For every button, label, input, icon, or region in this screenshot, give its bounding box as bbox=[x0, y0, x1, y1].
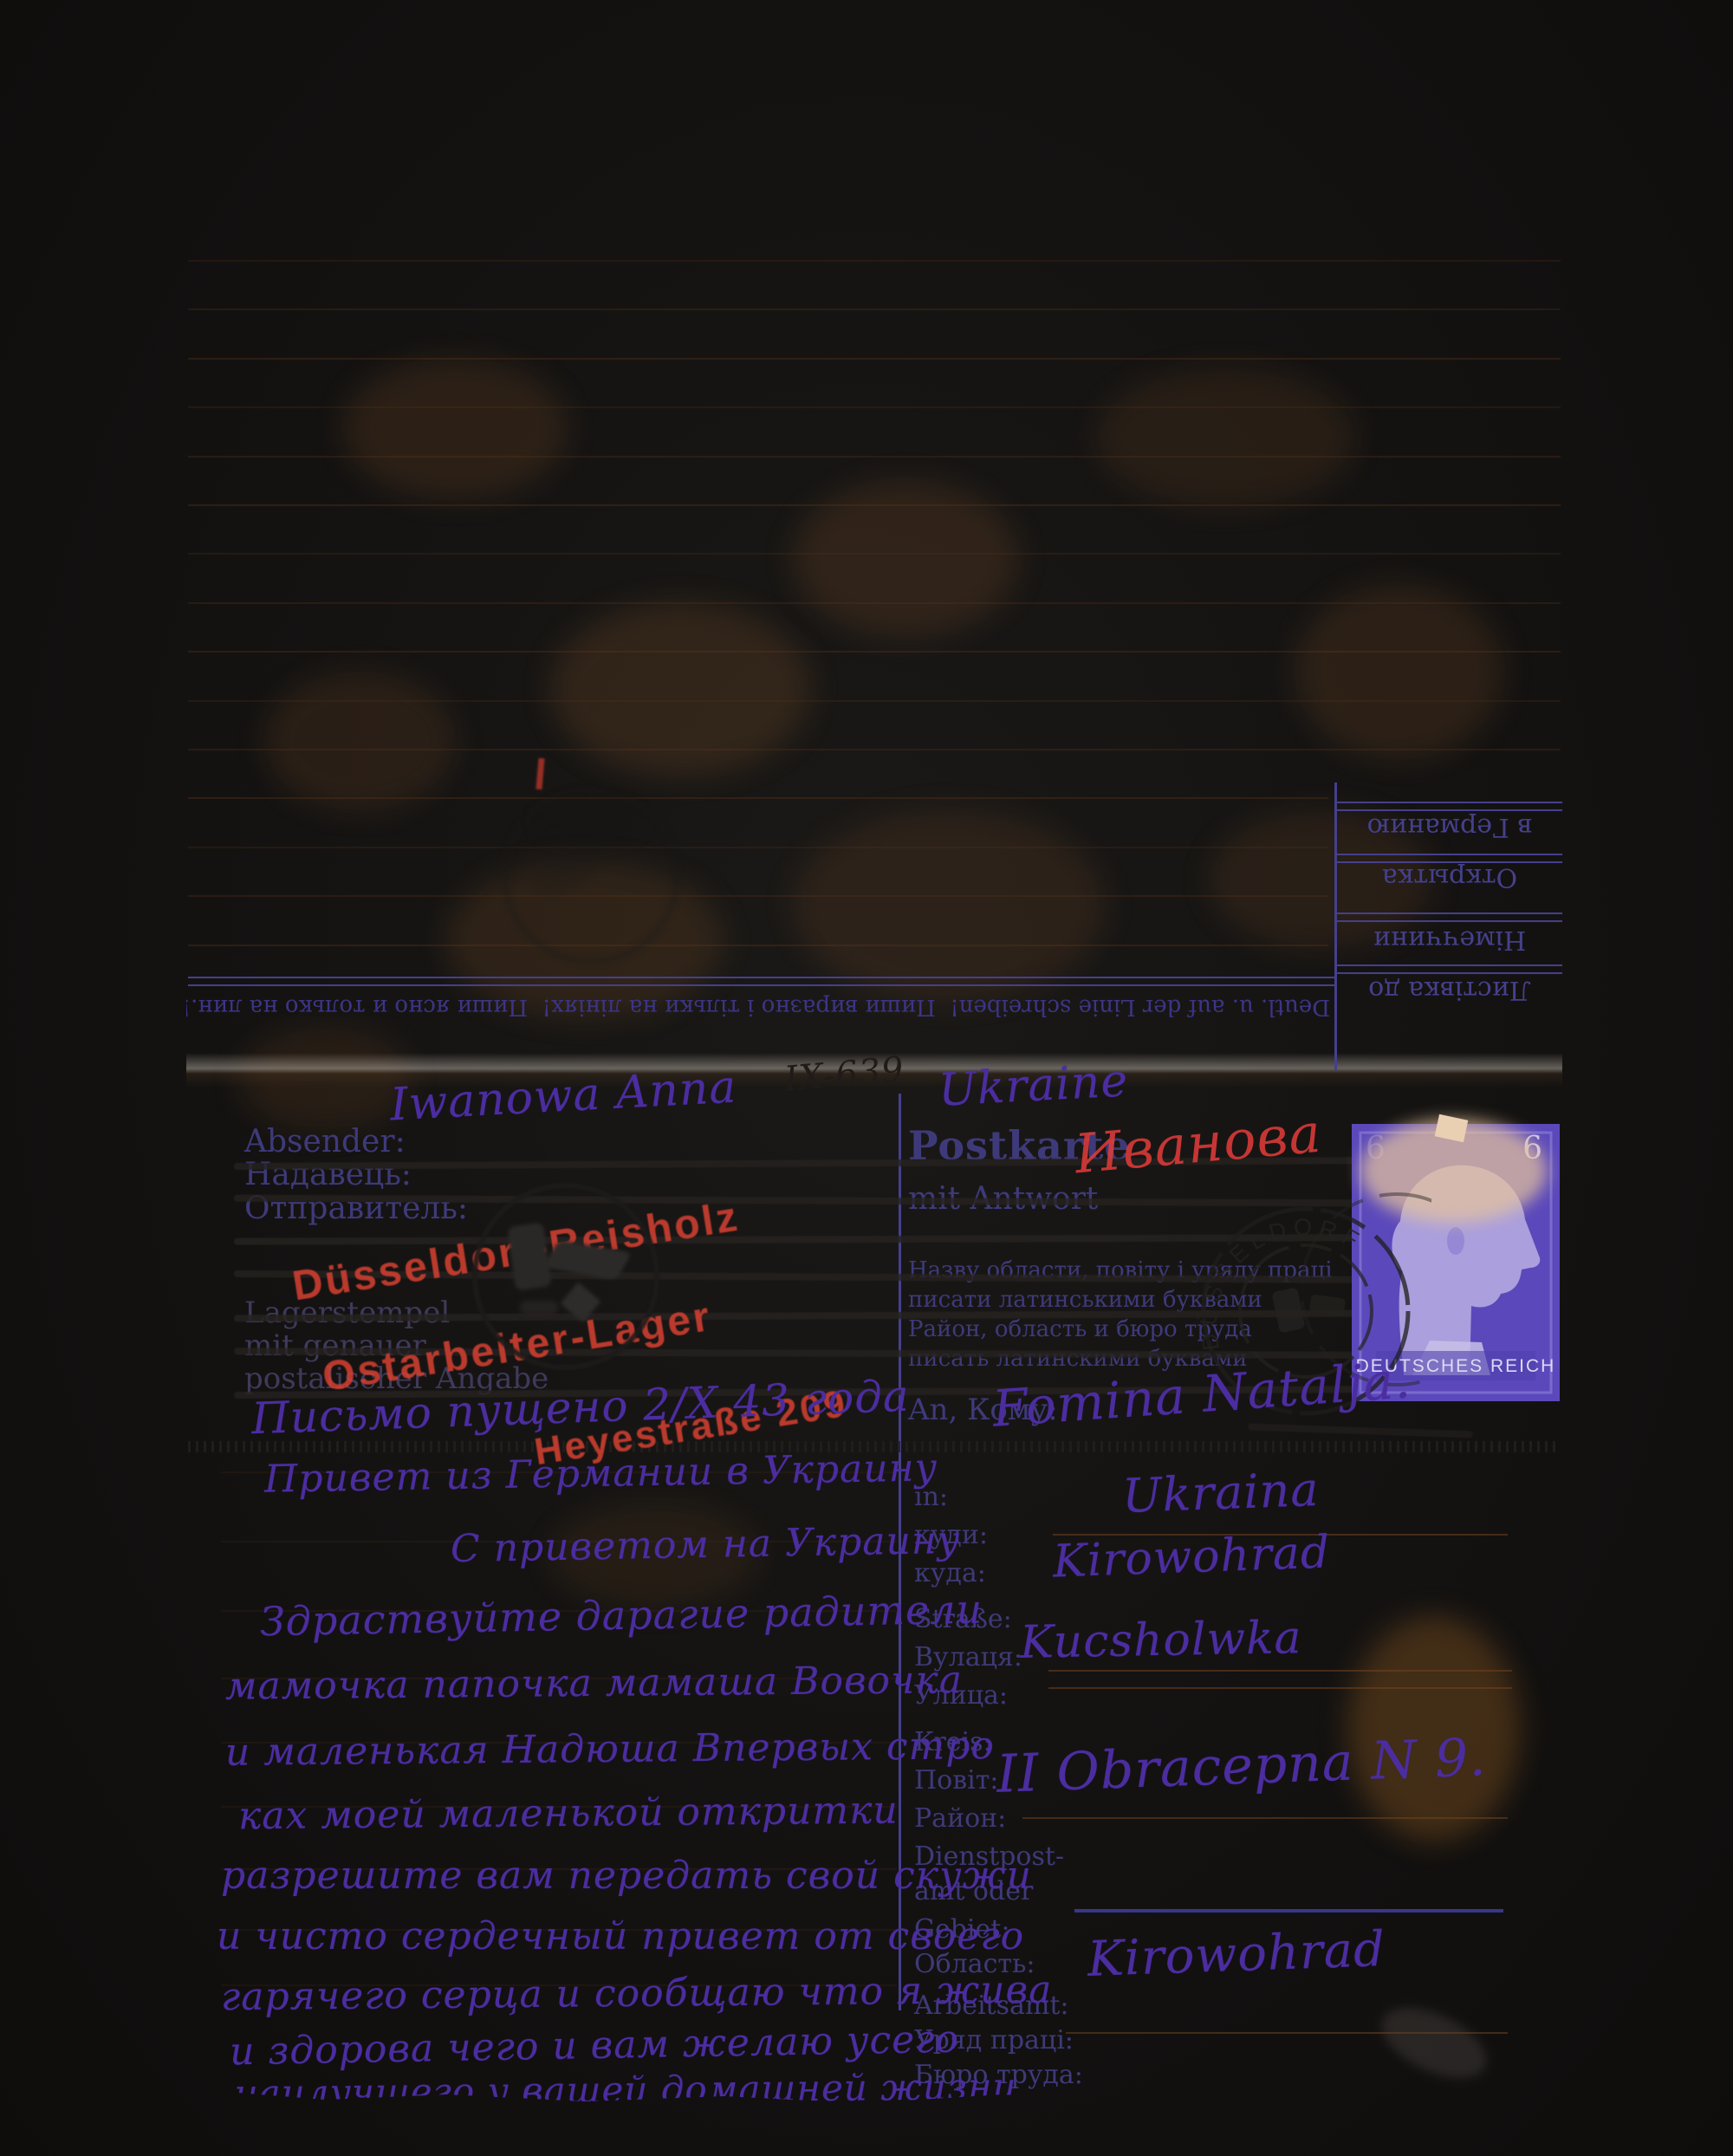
scanned-postcard-photo: в Германию Открытка Німеччини Листівка д… bbox=[0, 0, 1733, 2156]
field-povit: Повіт: bbox=[914, 1765, 998, 1796]
corner-box-rule bbox=[1334, 802, 1562, 811]
ruled-line bbox=[188, 895, 1328, 897]
fold-instruction-de: Deutl. u. auf der Linie schreiben! bbox=[950, 994, 1330, 1020]
fold-instruction: Deutl. u. auf der Linie schreiben! Пиши … bbox=[212, 994, 1330, 1020]
field-guide-line bbox=[1066, 2032, 1508, 2034]
corner-box-label: Німеччини bbox=[1337, 925, 1562, 955]
addr-oblast-handwriting: Kirowohrad bbox=[1087, 1921, 1386, 1988]
paper-stain bbox=[342, 360, 568, 498]
paper-stain bbox=[1096, 368, 1356, 507]
message-line: Здраствуйте дарагие радители bbox=[260, 1586, 983, 1646]
ruled-line bbox=[188, 651, 1561, 653]
message-line: ках моей маленькой откритки bbox=[238, 1789, 899, 1839]
postmark-smudge bbox=[533, 797, 646, 849]
ruled-line bbox=[188, 260, 1561, 262]
ruled-line bbox=[188, 847, 1328, 848]
corner-box-rule bbox=[1334, 912, 1562, 922]
corner-box-label: в Германию bbox=[1337, 812, 1562, 842]
postcard: в Германию Открытка Німеччини Листівка д… bbox=[186, 152, 1562, 2103]
red-name-overwrite: Иванова bbox=[1072, 1101, 1324, 1186]
corner-box-label: Листівка до bbox=[1337, 975, 1562, 1005]
ruled-line bbox=[188, 602, 1561, 604]
paper-stain bbox=[1295, 585, 1503, 758]
field-guide-line bbox=[1022, 1817, 1508, 1819]
message-line: разрешите вам передать свой скужи bbox=[221, 1854, 1032, 1898]
pencil-smudge bbox=[1371, 1994, 1496, 2093]
message-line: и чисто сердечный привет от своего bbox=[217, 1914, 1024, 1958]
ruled-line bbox=[188, 406, 1561, 408]
paper-stain bbox=[793, 810, 1105, 1001]
field-raion: Район: bbox=[914, 1803, 1006, 1834]
addr-district-handwriting: II Obracepna N 9. bbox=[996, 1727, 1487, 1805]
paper-stain bbox=[264, 672, 455, 810]
censor-circle bbox=[472, 1183, 659, 1370]
absender-label: Absender: bbox=[244, 1124, 406, 1159]
message-line: С приветом на Украину bbox=[451, 1518, 961, 1571]
ruled-line bbox=[188, 504, 1561, 506]
ruled-line bbox=[188, 797, 1328, 799]
ruled-line bbox=[188, 700, 1561, 702]
field-guide-line bbox=[1048, 1687, 1512, 1689]
ruled-line bbox=[188, 749, 1561, 750]
message-line: мамочка папочка мамаша Вовочка bbox=[225, 1658, 963, 1708]
censor-mark-blob bbox=[520, 1301, 558, 1315]
message-line: наилучшего у вашей домашней жизни bbox=[234, 2065, 1017, 2103]
addr-city-handwriting: Kirowohrad bbox=[1052, 1526, 1331, 1588]
ruled-line bbox=[188, 358, 1561, 360]
message-line: Привет из Германии в Украину bbox=[264, 1445, 938, 1502]
ruled-line bbox=[188, 945, 1328, 946]
field-guide-line bbox=[1048, 1670, 1512, 1672]
ruled-line bbox=[188, 553, 1561, 555]
addr-country-handwriting: Ukraina bbox=[1121, 1462, 1321, 1523]
message-line: и маленькая Надюша Впервых стро bbox=[225, 1724, 995, 1775]
message-line: гарячего серца и сообщаю что я жива bbox=[221, 1968, 1053, 2019]
blue-ink-line bbox=[1074, 1909, 1503, 1912]
ruled-line bbox=[188, 308, 1561, 310]
ruled-line bbox=[188, 456, 1561, 458]
addr-street-handwriting: Kucsholwka bbox=[1020, 1612, 1302, 1669]
corner-box-rule bbox=[1334, 964, 1562, 974]
red-crayon-tick bbox=[535, 758, 544, 789]
sender-country-handwriting: Ukraine bbox=[938, 1055, 1130, 1116]
corner-box-label: Открытка bbox=[1337, 862, 1562, 893]
fold-instruction-ru: Пиши ясно и только на лин.! bbox=[186, 994, 528, 1020]
fold-rule bbox=[188, 977, 1334, 986]
fold-instruction-ua: Пиши виразно і тільки на лініях! bbox=[542, 994, 936, 1020]
message-line: и здорова чего и вам желаю усего bbox=[230, 2017, 960, 2075]
